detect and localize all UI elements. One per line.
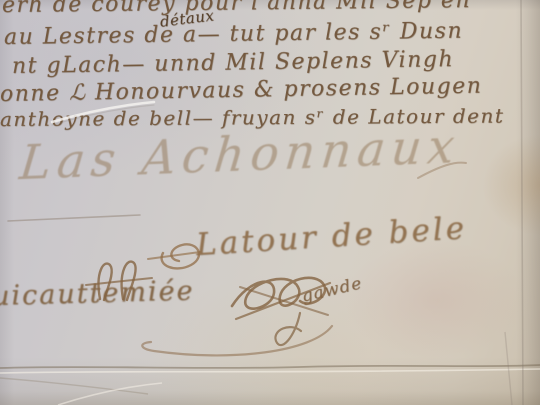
underline-swoosh-flourish (142, 326, 332, 355)
handwriting-line: au Lestres de a— tut par les sʳ Dusn (4, 19, 463, 50)
latour-cross-stroke (148, 252, 200, 259)
latour-lead-loop-flourish (162, 244, 199, 268)
signature-latour-de-bele: Latour de bele (195, 210, 468, 263)
paraph-descender-loop (275, 313, 301, 345)
corner-crease (0, 378, 148, 394)
signature-paraph-word: gawde (300, 273, 364, 306)
corner-crease-highlight (58, 383, 162, 405)
fold-line (0, 365, 540, 368)
fold-highlight (0, 369, 540, 373)
signature-bottom-left: uicauttemiée (0, 275, 195, 312)
handwriting-line: onne ℒ Honourvaus & prosens Lougen (0, 74, 483, 107)
handwriting-line: nt gLach— unnd Mil Seplens Vingh (12, 47, 454, 79)
faint-rule-stroke (8, 215, 140, 221)
vertical-crease (505, 332, 512, 405)
handwriting-line: erh de courey pour l'anna Mil Sep en (2, 0, 471, 18)
manuscript-photo: erh de courey pour l'anna Mil Sep en dét… (0, 0, 540, 405)
parchment-edge-line (521, 0, 523, 405)
